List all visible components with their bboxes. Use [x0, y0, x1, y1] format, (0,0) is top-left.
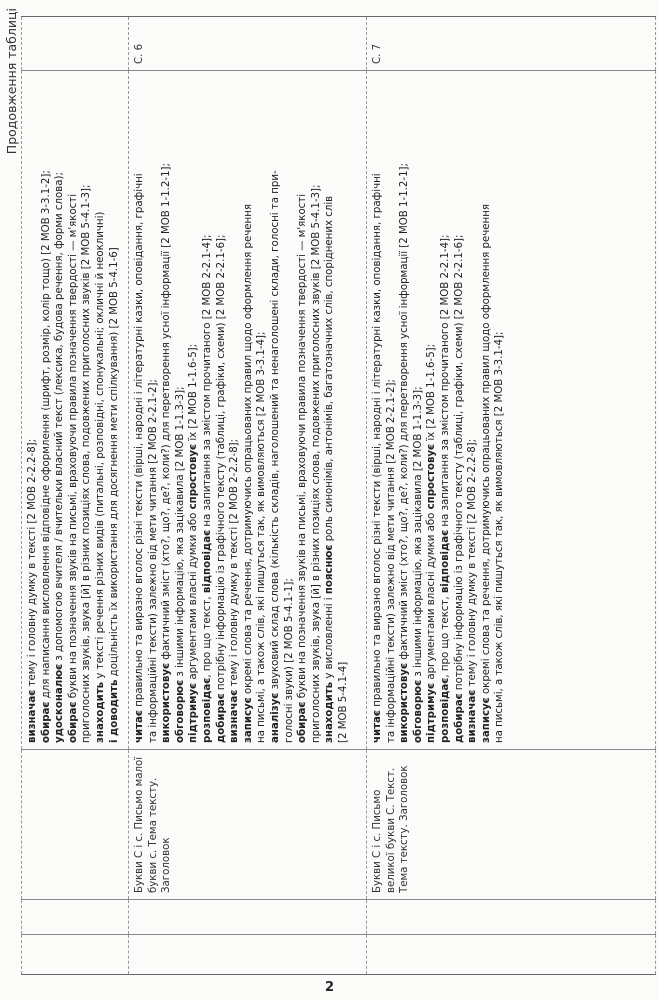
text-line: використовує фактичний зміст (хто?, що?,… [160, 77, 174, 743]
text-line: обговорює з іншими інформацію, яка зацік… [174, 77, 188, 743]
key-verb: використовує [399, 663, 410, 743]
page-number: 2 [0, 980, 659, 995]
key-verb: читає [134, 710, 145, 743]
text-line: обирає букви на позначення звуків на пис… [67, 77, 81, 743]
key-verb: записує [243, 697, 254, 743]
text-line: та інформаційні тексти) залежно від мети… [147, 77, 161, 743]
text-line: записує окремі слова та речення, дотриму… [480, 77, 494, 743]
key-verb: підтримує [426, 683, 437, 743]
date-cell [367, 900, 656, 935]
table-row: визначає тему і головну думку в тексті [… [22, 17, 129, 975]
date-cell [129, 900, 367, 935]
key-verb: аналізує [270, 693, 281, 743]
text-line: на письмі, а також слів, які пишуться та… [493, 77, 507, 743]
expected-results-cell: визначає тему і головну думку в тексті [… [22, 71, 129, 750]
key-verb: розповідає [440, 678, 451, 743]
text-line: визначає тему і головну думку в тексті [… [26, 77, 40, 743]
key-verb: розповідає [202, 678, 213, 743]
date-cell [22, 900, 129, 935]
key-verb: і доводить [109, 680, 120, 743]
key-verb: спростовує [188, 444, 199, 509]
rotated-table-page: Продовження таблиці визначає тему і голо… [0, 0, 659, 1000]
key-verb: обирає [41, 702, 52, 743]
key-verb: підтримує [188, 683, 199, 743]
text-line: читає правильно та виразно вголос різні … [371, 77, 385, 743]
text-line: приголосних звуків, звука [й] в різних п… [80, 77, 94, 743]
text-line: добирає потрібну інформацію із графічног… [453, 77, 467, 743]
text-line: знаходить у висловленні і пояснює роль с… [323, 77, 337, 743]
page-ref-cell: С. 7 [367, 17, 656, 71]
key-verb: обирає [68, 702, 79, 743]
text-line: голосні звуки) [2 МОВ 5-4.1-1]; [283, 77, 297, 743]
text-line: і доводить доцільність їх використання д… [108, 77, 122, 743]
key-verb: визначає [27, 690, 38, 743]
key-verb: пояснює [324, 545, 335, 595]
table-continuation-caption: Продовження таблиці [4, 8, 19, 154]
text-line: підтримує аргументами власні думки або с… [425, 77, 439, 743]
text-line: знаходить у тексті речення різних видів … [94, 77, 108, 743]
key-verb: використовує [161, 663, 172, 743]
text-line: [2 МОВ 5-4.1-4] [337, 77, 351, 743]
key-verb: знаходить [324, 682, 335, 743]
key-verb: обговорює [413, 680, 424, 743]
key-verb: удосконалює [54, 664, 65, 743]
text-line: записує окремі слова та речення, дотриму… [242, 77, 256, 743]
text-line: добирає потрібну інформацію із графічног… [215, 77, 229, 743]
key-verb: відповідає [202, 530, 213, 593]
key-verb: спростовує [426, 444, 437, 509]
text-line: та інформаційні тексти) залежно від мети… [385, 77, 399, 743]
text-line: визначає тему і головну думку в тексті [… [466, 77, 480, 743]
key-verb: знаходить [95, 682, 106, 743]
key-verb: відповідає [440, 530, 451, 593]
lesson-topic-cell [22, 750, 129, 900]
text-line: обирає букви на позначення звуків на пис… [296, 77, 310, 743]
text-line: розповідає, про що текст, відповідає на … [439, 77, 453, 743]
text-line: приголосних звуків, звука [й] в різних п… [310, 77, 324, 743]
expected-results-cell: читає правильно та виразно вголос різні … [367, 71, 656, 750]
key-verb: добирає [454, 693, 465, 743]
text-line: обирає для написання висловлення відпові… [40, 77, 54, 743]
expected-results-cell: читає правильно та виразно вголос різні … [129, 71, 367, 750]
lesson-topic-cell: Букви С і с. Письмо малої букви с. Тема … [129, 750, 367, 900]
text-line: розповідає, про що текст, відповідає на … [201, 77, 215, 743]
key-verb: записує [481, 697, 492, 743]
key-verb: читає [372, 710, 383, 743]
text-line: визначає тему і головну думку в тексті [… [228, 77, 242, 743]
key-verb: обирає [297, 702, 308, 743]
key-verb: визначає [229, 690, 240, 743]
lesson-topic-cell: Букви С і с. Письмо великої букви С. Тек… [367, 750, 656, 900]
text-line: читає правильно та виразно вголос різні … [133, 77, 147, 743]
text-line: аналізує звуковий склад слова (кількість… [269, 77, 283, 743]
page-ref-cell [22, 17, 129, 71]
text-line: на письмі, а також слів, які пишуться та… [255, 77, 269, 743]
key-verb: обговорює [175, 680, 186, 743]
text-line: обговорює з іншими інформацію, яка зацік… [412, 77, 426, 743]
text-line: підтримує аргументами власні думки або с… [187, 77, 201, 743]
key-verb: визначає [467, 690, 478, 743]
hours-cell [129, 935, 367, 975]
hours-cell [22, 935, 129, 975]
table-row: Букви С і с. Письмо малої букви с. Тема … [129, 17, 367, 975]
curriculum-table: визначає тему і головну думку в тексті [… [21, 16, 656, 975]
page-ref-cell: С. 6 [129, 17, 367, 71]
hours-cell [367, 935, 656, 975]
text-line: удосконалює з допомогою вчителя / вчител… [53, 77, 67, 743]
key-verb: добирає [216, 693, 227, 743]
table-row: Букви С і с. Письмо великої букви С. Тек… [367, 17, 656, 975]
text-line: використовує фактичний зміст (хто?, що?,… [398, 77, 412, 743]
